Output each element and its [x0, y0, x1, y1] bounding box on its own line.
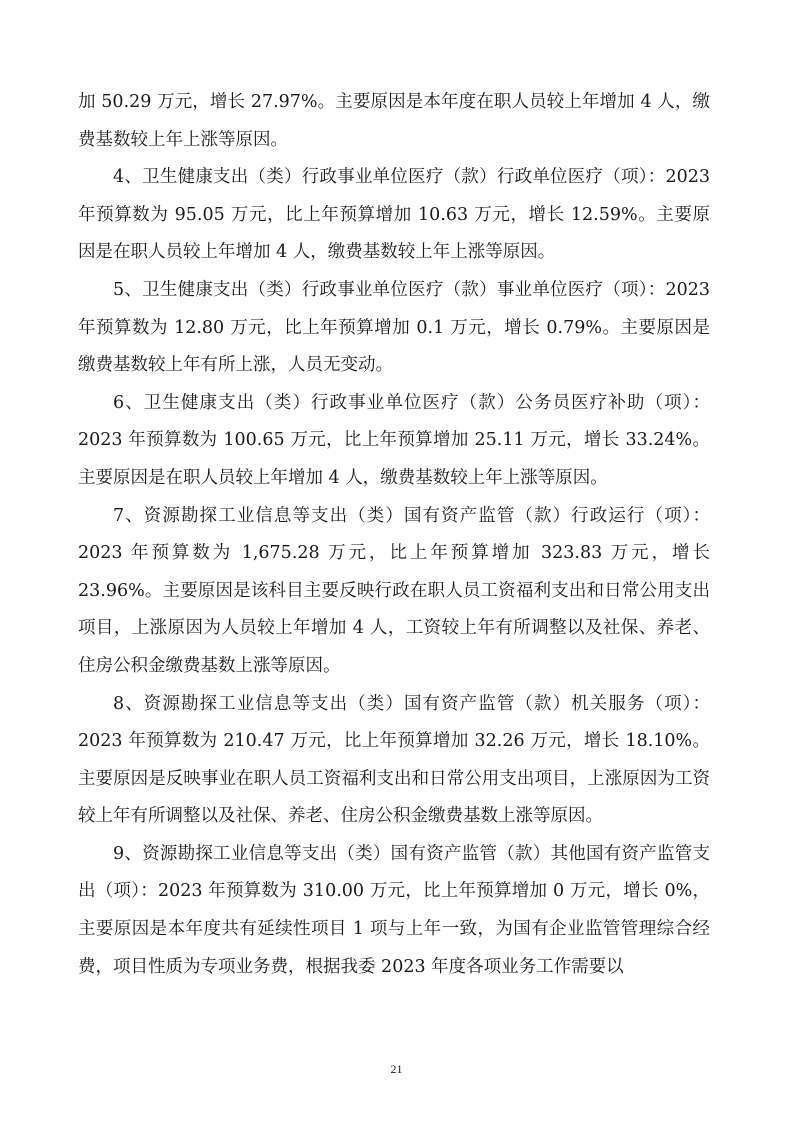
paragraph-item-4: 4、卫生健康支出（类）行政事业单位医疗（款）行政单位医疗（项）：2023 年预算…: [78, 159, 710, 272]
paragraph-item-5: 5、卫生健康支出（类）行政事业单位医疗（款）事业单位医疗（项）：2023 年预算…: [78, 272, 710, 385]
paragraph-continuation: 加 50.29 万元，增长 27.97%。主要原因是本年度在职人员较上年增加 4…: [78, 84, 710, 159]
page-number: 21: [0, 1062, 793, 1077]
paragraph-item-7: 7、资源勘探工业信息等支出（类）国有资产监管（款）行政运行（项）：2023 年预…: [78, 498, 710, 686]
paragraph-item-8: 8、资源勘探工业信息等支出（类）国有资产监管（款）机关服务（项）：2023 年预…: [78, 686, 710, 836]
body-text: 加 50.29 万元，增长 27.97%。主要原因是本年度在职人员较上年增加 4…: [78, 84, 710, 986]
paragraph-item-9: 9、资源勘探工业信息等支出（类）国有资产监管（款）其他国有资产监管支出（项）：2…: [78, 836, 710, 986]
document-page: 加 50.29 万元，增长 27.97%。主要原因是本年度在职人员较上年增加 4…: [0, 0, 793, 1122]
paragraph-item-6: 6、卫生健康支出（类）行政事业单位医疗（款）公务员医疗补助（项）：2023 年预…: [78, 385, 710, 498]
